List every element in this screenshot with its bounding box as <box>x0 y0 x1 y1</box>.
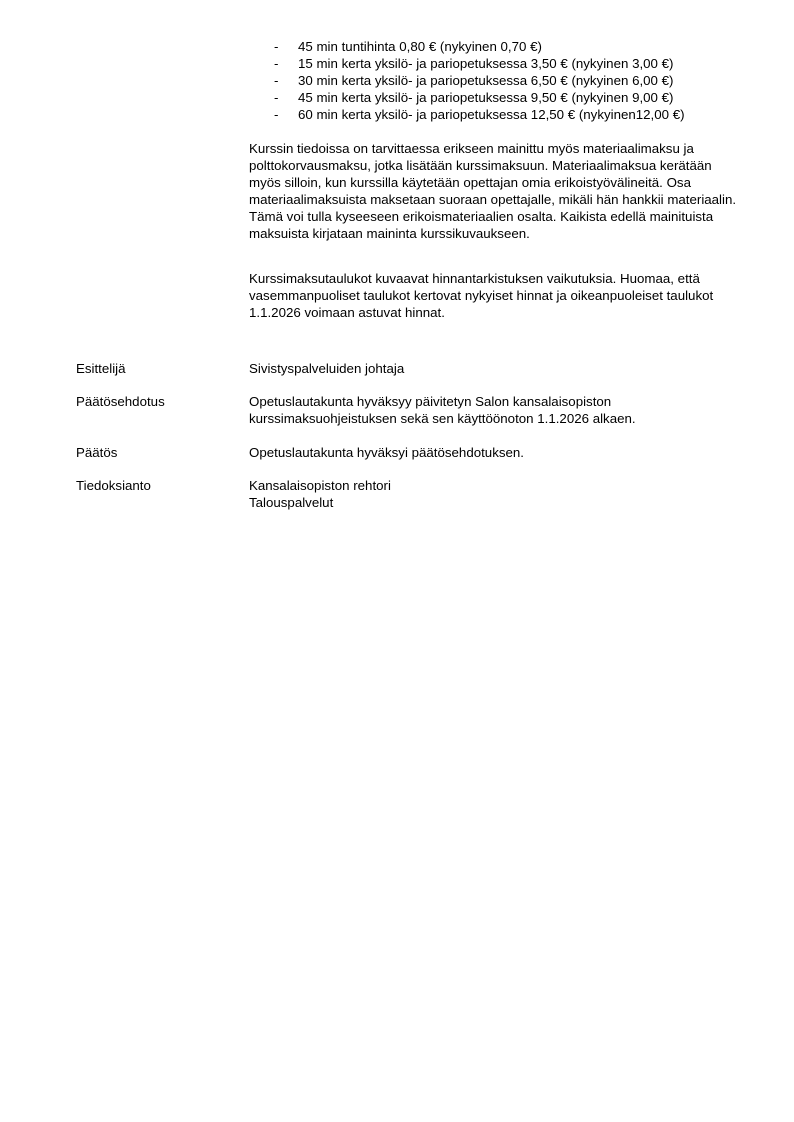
fee-list-item: - 60 min kerta yksilö- ja pariopetuksess… <box>274 106 685 123</box>
field-value-line: Sivistyspalveluiden johtaja <box>249 360 749 377</box>
field-value: Sivistyspalveluiden johtaja <box>249 360 749 377</box>
field-value: Opetuslautakunta hyväksyi päätösehdotuks… <box>249 444 749 461</box>
dash-bullet-icon: - <box>274 55 278 72</box>
field-label: Päätös <box>76 444 117 461</box>
fee-item-text: 60 min kerta yksilö- ja pariopetuksessa … <box>298 107 685 122</box>
dash-bullet-icon: - <box>274 89 278 106</box>
document-page: - 45 min tuntihinta 0,80 € (nykyinen 0,7… <box>0 0 794 1122</box>
dash-bullet-icon: - <box>274 72 278 89</box>
field-value-line: Kansalaisopiston rehtori <box>249 477 749 494</box>
fee-item-text: 15 min kerta yksilö- ja pariopetuksessa … <box>298 56 673 71</box>
tables-paragraph: Kurssimaksutaulukot kuvaavat hinnantarki… <box>249 270 744 321</box>
field-value-line: Opetuslautakunta hyväksyy päivitetyn Sal… <box>249 393 749 410</box>
fee-list: - 45 min tuntihinta 0,80 € (nykyinen 0,7… <box>274 38 685 123</box>
materials-paragraph: Kurssin tiedoissa on tarvittaessa erikse… <box>249 140 744 242</box>
field-value: Opetuslautakunta hyväksyy päivitetyn Sal… <box>249 393 749 427</box>
field-label: Esittelijä <box>76 360 126 377</box>
field-value-line: Opetuslautakunta hyväksyi päätösehdotuks… <box>249 444 749 461</box>
fee-item-text: 45 min tuntihinta 0,80 € (nykyinen 0,70 … <box>298 39 542 54</box>
fee-item-text: 30 min kerta yksilö- ja pariopetuksessa … <box>298 73 673 88</box>
field-label: Päätösehdotus <box>76 393 165 410</box>
field-value-line: Talouspalvelut <box>249 494 749 511</box>
dash-bullet-icon: - <box>274 106 278 123</box>
field-value-line: kurssimaksuohjeistuksen sekä sen käyttöö… <box>249 410 749 427</box>
fee-list-item: - 30 min kerta yksilö- ja pariopetuksess… <box>274 72 685 89</box>
fee-item-text: 45 min kerta yksilö- ja pariopetuksessa … <box>298 90 673 105</box>
fee-list-item: - 45 min tuntihinta 0,80 € (nykyinen 0,7… <box>274 38 685 55</box>
field-value: Kansalaisopiston rehtori Talouspalvelut <box>249 477 749 511</box>
dash-bullet-icon: - <box>274 38 278 55</box>
field-label: Tiedoksianto <box>76 477 151 494</box>
fee-list-item: - 45 min kerta yksilö- ja pariopetuksess… <box>274 89 685 106</box>
fee-list-item: - 15 min kerta yksilö- ja pariopetuksess… <box>274 55 685 72</box>
